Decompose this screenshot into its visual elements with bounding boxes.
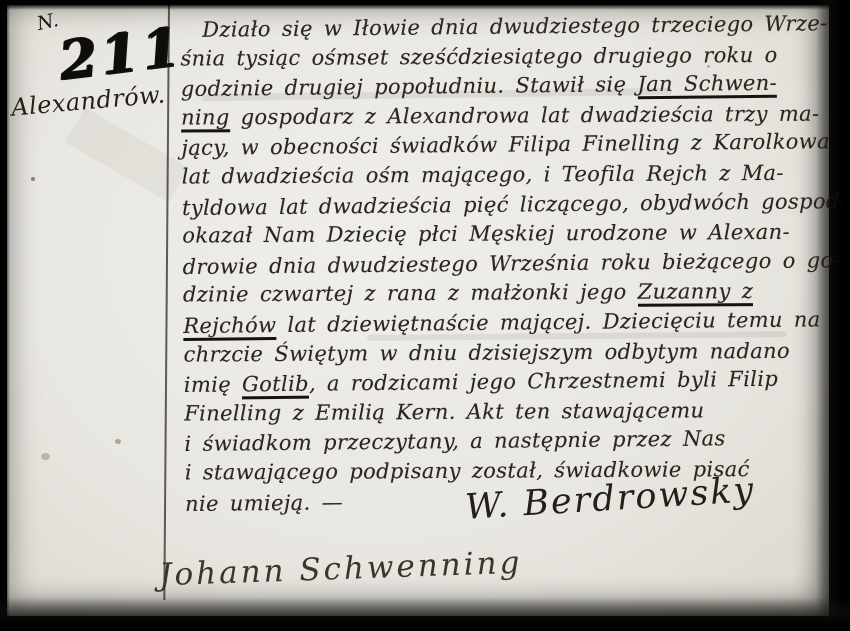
scan-border-top (0, 0, 850, 10)
line-text: śnia tysiąc ośmset sześćdziesiątego drug… (180, 43, 777, 71)
document-line: dzinie czwartej z rana z małżonki jego Z… (183, 277, 843, 311)
document-line: Działo się w Iłowie dnia dwudziestego tr… (202, 9, 840, 45)
document-line: okazał Nam Dziecię płci Męskiej urodzone… (182, 218, 842, 252)
document-line: Rejchów lat dziewiętnaście mającej. Dzie… (183, 305, 843, 342)
underlined-name: Zuzanny z (638, 279, 754, 307)
line-text: , a rodzicami jego Chrzestnemi byli Fili… (309, 367, 778, 396)
line-text: i świadkom przeczytany, a następnie prze… (184, 427, 725, 457)
paper-page: N. 211 Alexandrów. Działo się w Iłowie d… (7, 5, 829, 616)
scan-streak (65, 108, 189, 203)
underlined-name: ning (181, 105, 230, 132)
line-text: chrzcie Świętym w dniu dzisiejszym odbyt… (183, 338, 790, 366)
line-text: gospodarz z Alexandrowa lat dwadzieścia … (230, 101, 820, 129)
scan-border-left (0, 0, 10, 631)
document-line: ning gospodarz z Alexandrowa lat dwadzie… (181, 99, 841, 133)
line-text: jący, w obecności świadków Filipa Finell… (181, 130, 830, 161)
scan-border-bottom (0, 597, 850, 631)
document-line: chrzcie Świętym w dniu dzisiejszym odbyt… (183, 336, 843, 370)
line-text: lat dwadzieścia ośm mającego, i Teofila … (182, 161, 784, 189)
line-text: Finelling z Emilią Kern. Akt ten stawają… (184, 398, 704, 425)
line-text: Działo się w Iłowie dnia dwudziestego tr… (202, 11, 828, 42)
scan-border-right (816, 0, 850, 631)
line-text: lat dziewiętnaście mającej. Dziecięciu t… (276, 307, 820, 337)
father-signature: Johann Schwenning (158, 545, 522, 594)
ink-speck (41, 453, 50, 460)
document-line: Finelling z Emilią Kern. Akt ten stawają… (184, 395, 844, 429)
line-text: tyldowa lat dwadzieścia pięć liczącego, … (182, 188, 850, 219)
line-text: dzinie czwartej z rana z małżonki jego (183, 280, 638, 307)
line-text: nie umieją. — (185, 490, 343, 516)
document-scan: N. 211 Alexandrów. Działo się w Iłowie d… (0, 0, 850, 631)
line-text: imię (184, 372, 242, 397)
ink-speck (31, 177, 35, 181)
underlined-name: Jan Schwen- (637, 71, 777, 99)
line-text: okazał Nam Dziecię płci Męskiej urodzone… (182, 220, 790, 248)
line-text: godzinie drugiej popołudniu. Stawił się (181, 72, 638, 101)
underlined-name: Rejchów (183, 313, 276, 341)
ink-speck (115, 439, 121, 444)
document-body: Działo się w Iłowie dnia dwudziestego tr… (180, 9, 845, 519)
document-line: lat dwadzieścia ośm mającego, i Teofila … (182, 158, 842, 192)
document-line: śnia tysiąc ośmset sześćdziesiątego drug… (180, 40, 840, 74)
line-text: drowie dnia dwudziestego Września roku b… (183, 248, 842, 279)
underlined-name: Gotlib (242, 372, 309, 400)
